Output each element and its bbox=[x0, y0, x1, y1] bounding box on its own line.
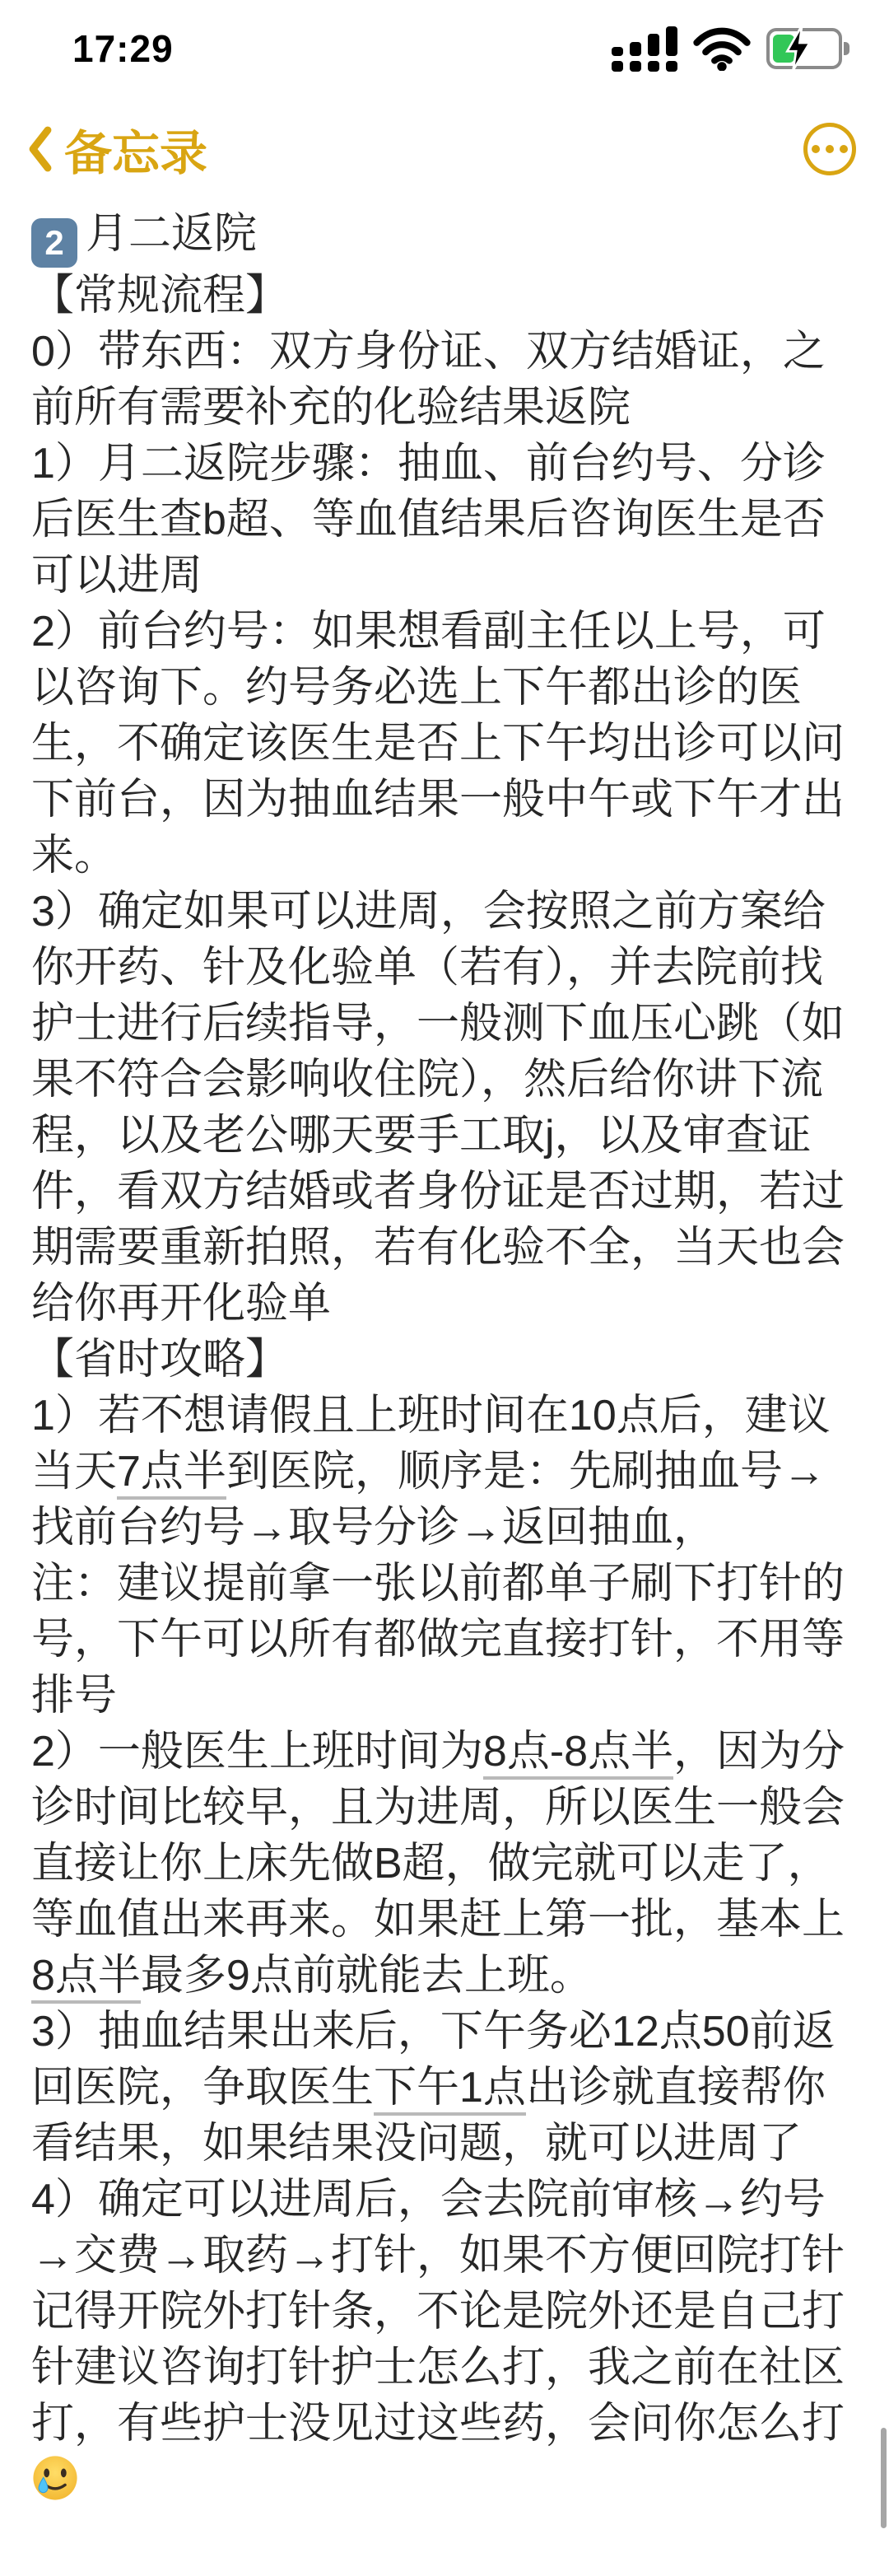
note-text: 2）前台约号：如果想看副主任以上号，可以咨询下。约号务必选上下午都出诊的医生，不… bbox=[31, 608, 845, 880]
note-body[interactable]: 2月二返院【常规流程】0）带东西：双方身份证、双方结婚证，之前所有需要补充的化验… bbox=[0, 199, 889, 2508]
keycap-2-emoji: 2 bbox=[31, 218, 77, 268]
chevron-left-icon bbox=[28, 126, 53, 172]
wifi-icon bbox=[692, 26, 752, 71]
note-text: 1）月二返院步骤：抽血、前台约号、分诊后医生查b超、等血值结果后咨询医生是否可以… bbox=[31, 440, 826, 600]
note-text: 【常规流程】 bbox=[31, 272, 288, 320]
status-bar: 17:29 bbox=[0, 0, 889, 76]
note-paragraph: 1）月二返院步骤：抽血、前台约号、分诊后医生查b超、等血值结果后咨询医生是否可以… bbox=[31, 436, 861, 604]
cellular-signal-icon bbox=[612, 26, 677, 72]
back-button[interactable]: 备忘录 bbox=[28, 114, 207, 184]
note-text: 月二返院 bbox=[86, 210, 257, 258]
more-options-button[interactable] bbox=[803, 123, 856, 175]
ellipsis-circle-icon bbox=[812, 145, 820, 153]
note-text: 3）确定如果可以进周，会按照之前方案给你开药、针及化验单（若有），并去院前找护士… bbox=[31, 888, 845, 1328]
note-paragraph: 1）若不想请假且上班时间在10点后，建议当天7点半到医院，顺序是：先刷抽血号→找… bbox=[31, 1388, 861, 1556]
note-paragraph: 4）确定可以进周后，会去院前审核→约号→交费→取药→打针，如果不方便回院打针记得… bbox=[31, 2172, 861, 2508]
nav-bar: 备忘录 bbox=[0, 76, 889, 199]
note-text: 最多9点前就能去上班。 bbox=[141, 1952, 593, 2000]
scrollbar-thumb[interactable] bbox=[881, 2428, 887, 2528]
note-paragraph: 注：建议提前拿一张以前都单子刷下打针的号，下午可以所有都做完直接打针，不用等排号 bbox=[31, 1556, 861, 1724]
note-paragraph: 2月二返院 bbox=[31, 206, 861, 268]
back-label: 备忘录 bbox=[64, 114, 207, 184]
note-text: 2）一般医生上班时间为 bbox=[31, 1728, 483, 1776]
status-time: 17:29 bbox=[72, 26, 174, 71]
note-paragraph: 【常规流程】 bbox=[31, 268, 861, 324]
underlined-text: 下午1点 bbox=[374, 2064, 526, 2116]
note-text: 4）确定可以进周后，会去院前审核→约号→交费→取药→打针，如果不方便回院打针记得… bbox=[31, 2176, 845, 2448]
note-paragraph: 2）一般医生上班时间为8点-8点半，因为分诊时间比较早，且为进周，所以医生一般会… bbox=[31, 1724, 861, 2004]
note-paragraph: 【省时攻略】 bbox=[31, 1332, 861, 1388]
battery-charging-icon bbox=[766, 28, 849, 69]
underlined-text: 8点-8点半 bbox=[483, 1728, 673, 1780]
underlined-text: 8点半 bbox=[31, 1952, 141, 2004]
note-text: 注：建议提前拿一张以前都单子刷下打针的号，下午可以所有都做完直接打针，不用等排号 bbox=[31, 1560, 845, 1720]
note-paragraph: 2）前台约号：如果想看副主任以上号，可以咨询下。约号务必选上下午都出诊的医生，不… bbox=[31, 604, 861, 884]
note-text: 【省时攻略】 bbox=[31, 1336, 288, 1384]
status-icons bbox=[612, 26, 849, 72]
smiling-face-with-tear-emoji bbox=[31, 2454, 79, 2502]
note-paragraph: 3）确定如果可以进周，会按照之前方案给你开药、针及化验单（若有），并去院前找护士… bbox=[31, 884, 861, 1332]
note-paragraph: 3）抽血结果出来后，下午务必12点50前返回医院，争取医生下午1点出诊就直接帮你… bbox=[31, 2004, 861, 2172]
note-paragraph: 0）带东西：双方身份证、双方结婚证，之前所有需要补充的化验结果返院 bbox=[31, 324, 861, 436]
note-text: 0）带东西：双方身份证、双方结婚证，之前所有需要补充的化验结果返院 bbox=[31, 328, 826, 432]
underlined-text: 7点半 bbox=[117, 1448, 226, 1500]
